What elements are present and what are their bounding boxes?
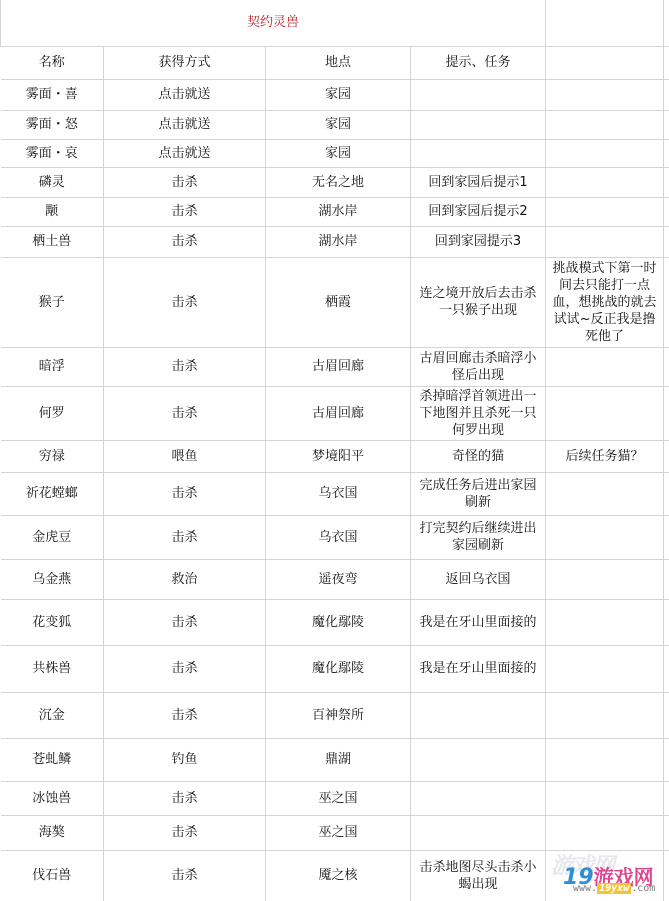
edge-cell (664, 692, 669, 738)
edge-cell (664, 440, 669, 472)
cell-hint[interactable]: 打完契约后继续进出家园刷新 (411, 515, 546, 559)
table-row: 雾面・喜点击就送家园 (1, 79, 669, 110)
edge-cell (664, 167, 669, 197)
spreadsheet-table: 契约灵兽 名称 获得方式 地点 提示、任务 雾面・喜点击就送家园雾面・怒点击就送… (0, 0, 669, 901)
table-row: 暗浮击杀古眉回廊古眉回廊击杀暗浮小怪后出现 (1, 347, 669, 386)
cell-location[interactable]: 乌衣国 (266, 472, 411, 515)
cell-location[interactable]: 家园 (266, 110, 411, 139)
edge-cell (664, 197, 669, 226)
cell-note[interactable] (546, 815, 664, 850)
cell-hint[interactable]: 完成任务后进出家园刷新 (411, 472, 546, 515)
cell-name[interactable]: 金虎豆 (1, 515, 104, 559)
cell-method[interactable]: 击杀 (104, 781, 266, 815)
cell-name[interactable]: 雾面・怒 (1, 110, 104, 139)
cell-location[interactable]: 魔化鄢陵 (266, 599, 411, 645)
cell-location[interactable]: 魇之核 (266, 850, 411, 901)
cell-location[interactable]: 栖霞 (266, 257, 411, 347)
cell-name[interactable]: 雾面・喜 (1, 79, 104, 110)
cell-method[interactable]: 钓鱼 (104, 738, 266, 781)
cell-method[interactable]: 击杀 (104, 167, 266, 197)
cell-note[interactable] (546, 197, 664, 226)
cell-location[interactable]: 鼎湖 (266, 738, 411, 781)
cell-location[interactable]: 湖水岸 (266, 197, 411, 226)
title-row: 契约灵兽 (1, 0, 669, 46)
cell-location[interactable]: 家园 (266, 139, 411, 167)
cell-hint[interactable]: 击杀地图尽头击杀小蝎出现 (411, 850, 546, 901)
table-row: 冰蚀兽击杀巫之国 (1, 781, 669, 815)
table-row: 祈花螳螂击杀乌衣国完成任务后进出家园刷新 (1, 472, 669, 515)
cell-location[interactable]: 遥夜弯 (266, 559, 411, 599)
cell-method[interactable]: 击杀 (104, 815, 266, 850)
cell-name[interactable]: 伐石兽 (1, 850, 104, 901)
edge-cell (664, 257, 669, 347)
header-row: 名称 获得方式 地点 提示、任务 (1, 46, 669, 79)
cell-name[interactable]: 冰蚀兽 (1, 781, 104, 815)
title-empty-cell[interactable] (546, 0, 664, 46)
cell-location[interactable]: 古眉回廊 (266, 347, 411, 386)
cell-name[interactable]: 祈花螳螂 (1, 472, 104, 515)
cell-note[interactable] (546, 110, 664, 139)
cell-method[interactable]: 击杀 (104, 386, 266, 440)
cell-location[interactable]: 巫之国 (266, 781, 411, 815)
cell-note[interactable] (546, 347, 664, 386)
cell-hint[interactable]: 我是在牙山里面接的 (411, 645, 546, 692)
cell-location[interactable]: 魔化鄢陵 (266, 645, 411, 692)
cell-note[interactable] (546, 692, 664, 738)
cell-hint[interactable] (411, 781, 546, 815)
table-row: 乌金燕救治遥夜弯返回乌衣国 (1, 559, 669, 599)
table-row: 共株兽击杀魔化鄢陵我是在牙山里面接的 (1, 645, 669, 692)
cell-note[interactable] (546, 79, 664, 110)
cell-note[interactable] (546, 226, 664, 257)
cell-note[interactable] (546, 738, 664, 781)
cell-method[interactable]: 喂鱼 (104, 440, 266, 472)
table-row: 颙击杀湖水岸回到家园后提示2 (1, 197, 669, 226)
cell-note[interactable] (546, 386, 664, 440)
edge-cell (664, 850, 669, 901)
edge-cell (664, 386, 669, 440)
cell-location[interactable]: 无名之地 (266, 167, 411, 197)
cell-location[interactable]: 湖水岸 (266, 226, 411, 257)
cell-method[interactable]: 击杀 (104, 850, 266, 901)
cell-hint[interactable] (411, 692, 546, 738)
table-row: 沉金击杀百神祭所 (1, 692, 669, 738)
cell-name[interactable]: 雾面・哀 (1, 139, 104, 167)
table-row: 海獒击杀巫之国 (1, 815, 669, 850)
table-row: 何罗击杀古眉回廊杀掉暗浮首领进出一下地图并且杀死一只何罗出现 (1, 386, 669, 440)
cell-method[interactable]: 击杀 (104, 599, 266, 645)
table-row: 金虎豆击杀乌衣国打完契约后继续进出家园刷新 (1, 515, 669, 559)
cell-hint[interactable]: 连之境开放后去击杀一只猴子出现 (411, 257, 546, 347)
cell-hint[interactable]: 我是在牙山里面接的 (411, 599, 546, 645)
cell-note[interactable] (546, 167, 664, 197)
edge-cell (664, 515, 669, 559)
edge-cell (664, 226, 669, 257)
cell-note[interactable] (546, 599, 664, 645)
cell-name[interactable]: 磷灵 (1, 167, 104, 197)
cell-hint[interactable] (411, 79, 546, 110)
table-row: 雾面・怒点击就送家园 (1, 110, 669, 139)
cell-hint[interactable] (411, 139, 546, 167)
table-row: 磷灵击杀无名之地回到家园后提示1 (1, 167, 669, 197)
cell-hint[interactable] (411, 738, 546, 781)
cell-note[interactable] (546, 645, 664, 692)
cell-name[interactable]: 穷禄 (1, 440, 104, 472)
sheet-title[interactable]: 契约灵兽 (1, 0, 546, 46)
cell-method[interactable]: 击杀 (104, 257, 266, 347)
edge-cell (664, 110, 669, 139)
cell-method[interactable]: 点击就送 (104, 139, 266, 167)
header-hint[interactable]: 提示、任务 (411, 46, 546, 79)
cell-note[interactable] (546, 850, 664, 901)
header-name[interactable]: 名称 (1, 46, 104, 79)
edge-cell (664, 0, 669, 46)
table-row: 雾面・哀点击就送家园 (1, 139, 669, 167)
table-row: 穷禄喂鱼梦境阳平奇怪的猫后续任务猫？ (1, 440, 669, 472)
cell-location[interactable]: 巫之国 (266, 815, 411, 850)
cell-hint[interactable]: 古眉回廊击杀暗浮小怪后出现 (411, 347, 546, 386)
edge-cell (664, 645, 669, 692)
cell-note[interactable] (546, 559, 664, 599)
cell-method[interactable]: 击杀 (104, 692, 266, 738)
cell-method[interactable]: 救治 (104, 559, 266, 599)
edge-cell (664, 46, 669, 79)
header-note[interactable] (546, 46, 664, 79)
cell-hint[interactable] (411, 110, 546, 139)
cell-method[interactable]: 点击就送 (104, 110, 266, 139)
cell-name[interactable]: 猴子 (1, 257, 104, 347)
cell-hint[interactable]: 回到家园后提示1 (411, 167, 546, 197)
cell-name[interactable]: 海獒 (1, 815, 104, 850)
cell-note[interactable]: 挑战模式下第一时间去只能打一点血，想挑战的就去试试~反正我是撸死他了 (546, 257, 664, 347)
cell-method[interactable]: 击杀 (104, 347, 266, 386)
table-row: 花变狐击杀魔化鄢陵我是在牙山里面接的 (1, 599, 669, 645)
edge-cell (664, 79, 669, 110)
cell-note[interactable] (546, 139, 664, 167)
table-row: 猴子击杀栖霞连之境开放后去击杀一只猴子出现挑战模式下第一时间去只能打一点血，想挑… (1, 257, 669, 347)
header-method[interactable]: 获得方式 (104, 46, 266, 79)
cell-method[interactable]: 击杀 (104, 645, 266, 692)
edge-cell (664, 559, 669, 599)
edge-cell (664, 738, 669, 781)
cell-name[interactable]: 颙 (1, 197, 104, 226)
cell-note[interactable] (546, 515, 664, 559)
cell-hint[interactable]: 杀掉暗浮首领进出一下地图并且杀死一只何罗出现 (411, 386, 546, 440)
cell-hint[interactable]: 返回乌衣国 (411, 559, 546, 599)
cell-note[interactable]: 后续任务猫？ (546, 440, 664, 472)
edge-cell (664, 472, 669, 515)
table-row: 伐石兽击杀魇之核击杀地图尽头击杀小蝎出现 (1, 850, 669, 901)
cell-name[interactable]: 苍虬鳞 (1, 738, 104, 781)
cell-name[interactable]: 乌金燕 (1, 559, 104, 599)
cell-name[interactable]: 何罗 (1, 386, 104, 440)
cell-hint[interactable]: 回到家园后提示2 (411, 197, 546, 226)
cell-method[interactable]: 击杀 (104, 472, 266, 515)
cell-name[interactable]: 共株兽 (1, 645, 104, 692)
table-row: 栖土兽击杀湖水岸回到家园提示3 (1, 226, 669, 257)
cell-note[interactable] (546, 472, 664, 515)
cell-note[interactable] (546, 781, 664, 815)
cell-method[interactable]: 点击就送 (104, 79, 266, 110)
cell-location[interactable]: 百神祭所 (266, 692, 411, 738)
edge-cell (664, 781, 669, 815)
cell-hint[interactable] (411, 815, 546, 850)
header-location[interactable]: 地点 (266, 46, 411, 79)
cell-hint[interactable]: 回到家园提示3 (411, 226, 546, 257)
cell-name[interactable]: 暗浮 (1, 347, 104, 386)
cell-method[interactable]: 击杀 (104, 197, 266, 226)
cell-location[interactable]: 乌衣国 (266, 515, 411, 559)
cell-location[interactable]: 古眉回廊 (266, 386, 411, 440)
cell-location[interactable]: 家园 (266, 79, 411, 110)
cell-name[interactable]: 栖土兽 (1, 226, 104, 257)
cell-method[interactable]: 击杀 (104, 515, 266, 559)
cell-location[interactable]: 梦境阳平 (266, 440, 411, 472)
cell-name[interactable]: 沉金 (1, 692, 104, 738)
cell-hint[interactable]: 奇怪的猫 (411, 440, 546, 472)
edge-cell (664, 599, 669, 645)
cell-name[interactable]: 花变狐 (1, 599, 104, 645)
edge-cell (664, 139, 669, 167)
edge-cell (664, 347, 669, 386)
edge-cell (664, 815, 669, 850)
table-row: 苍虬鳞钓鱼鼎湖 (1, 738, 669, 781)
cell-method[interactable]: 击杀 (104, 226, 266, 257)
